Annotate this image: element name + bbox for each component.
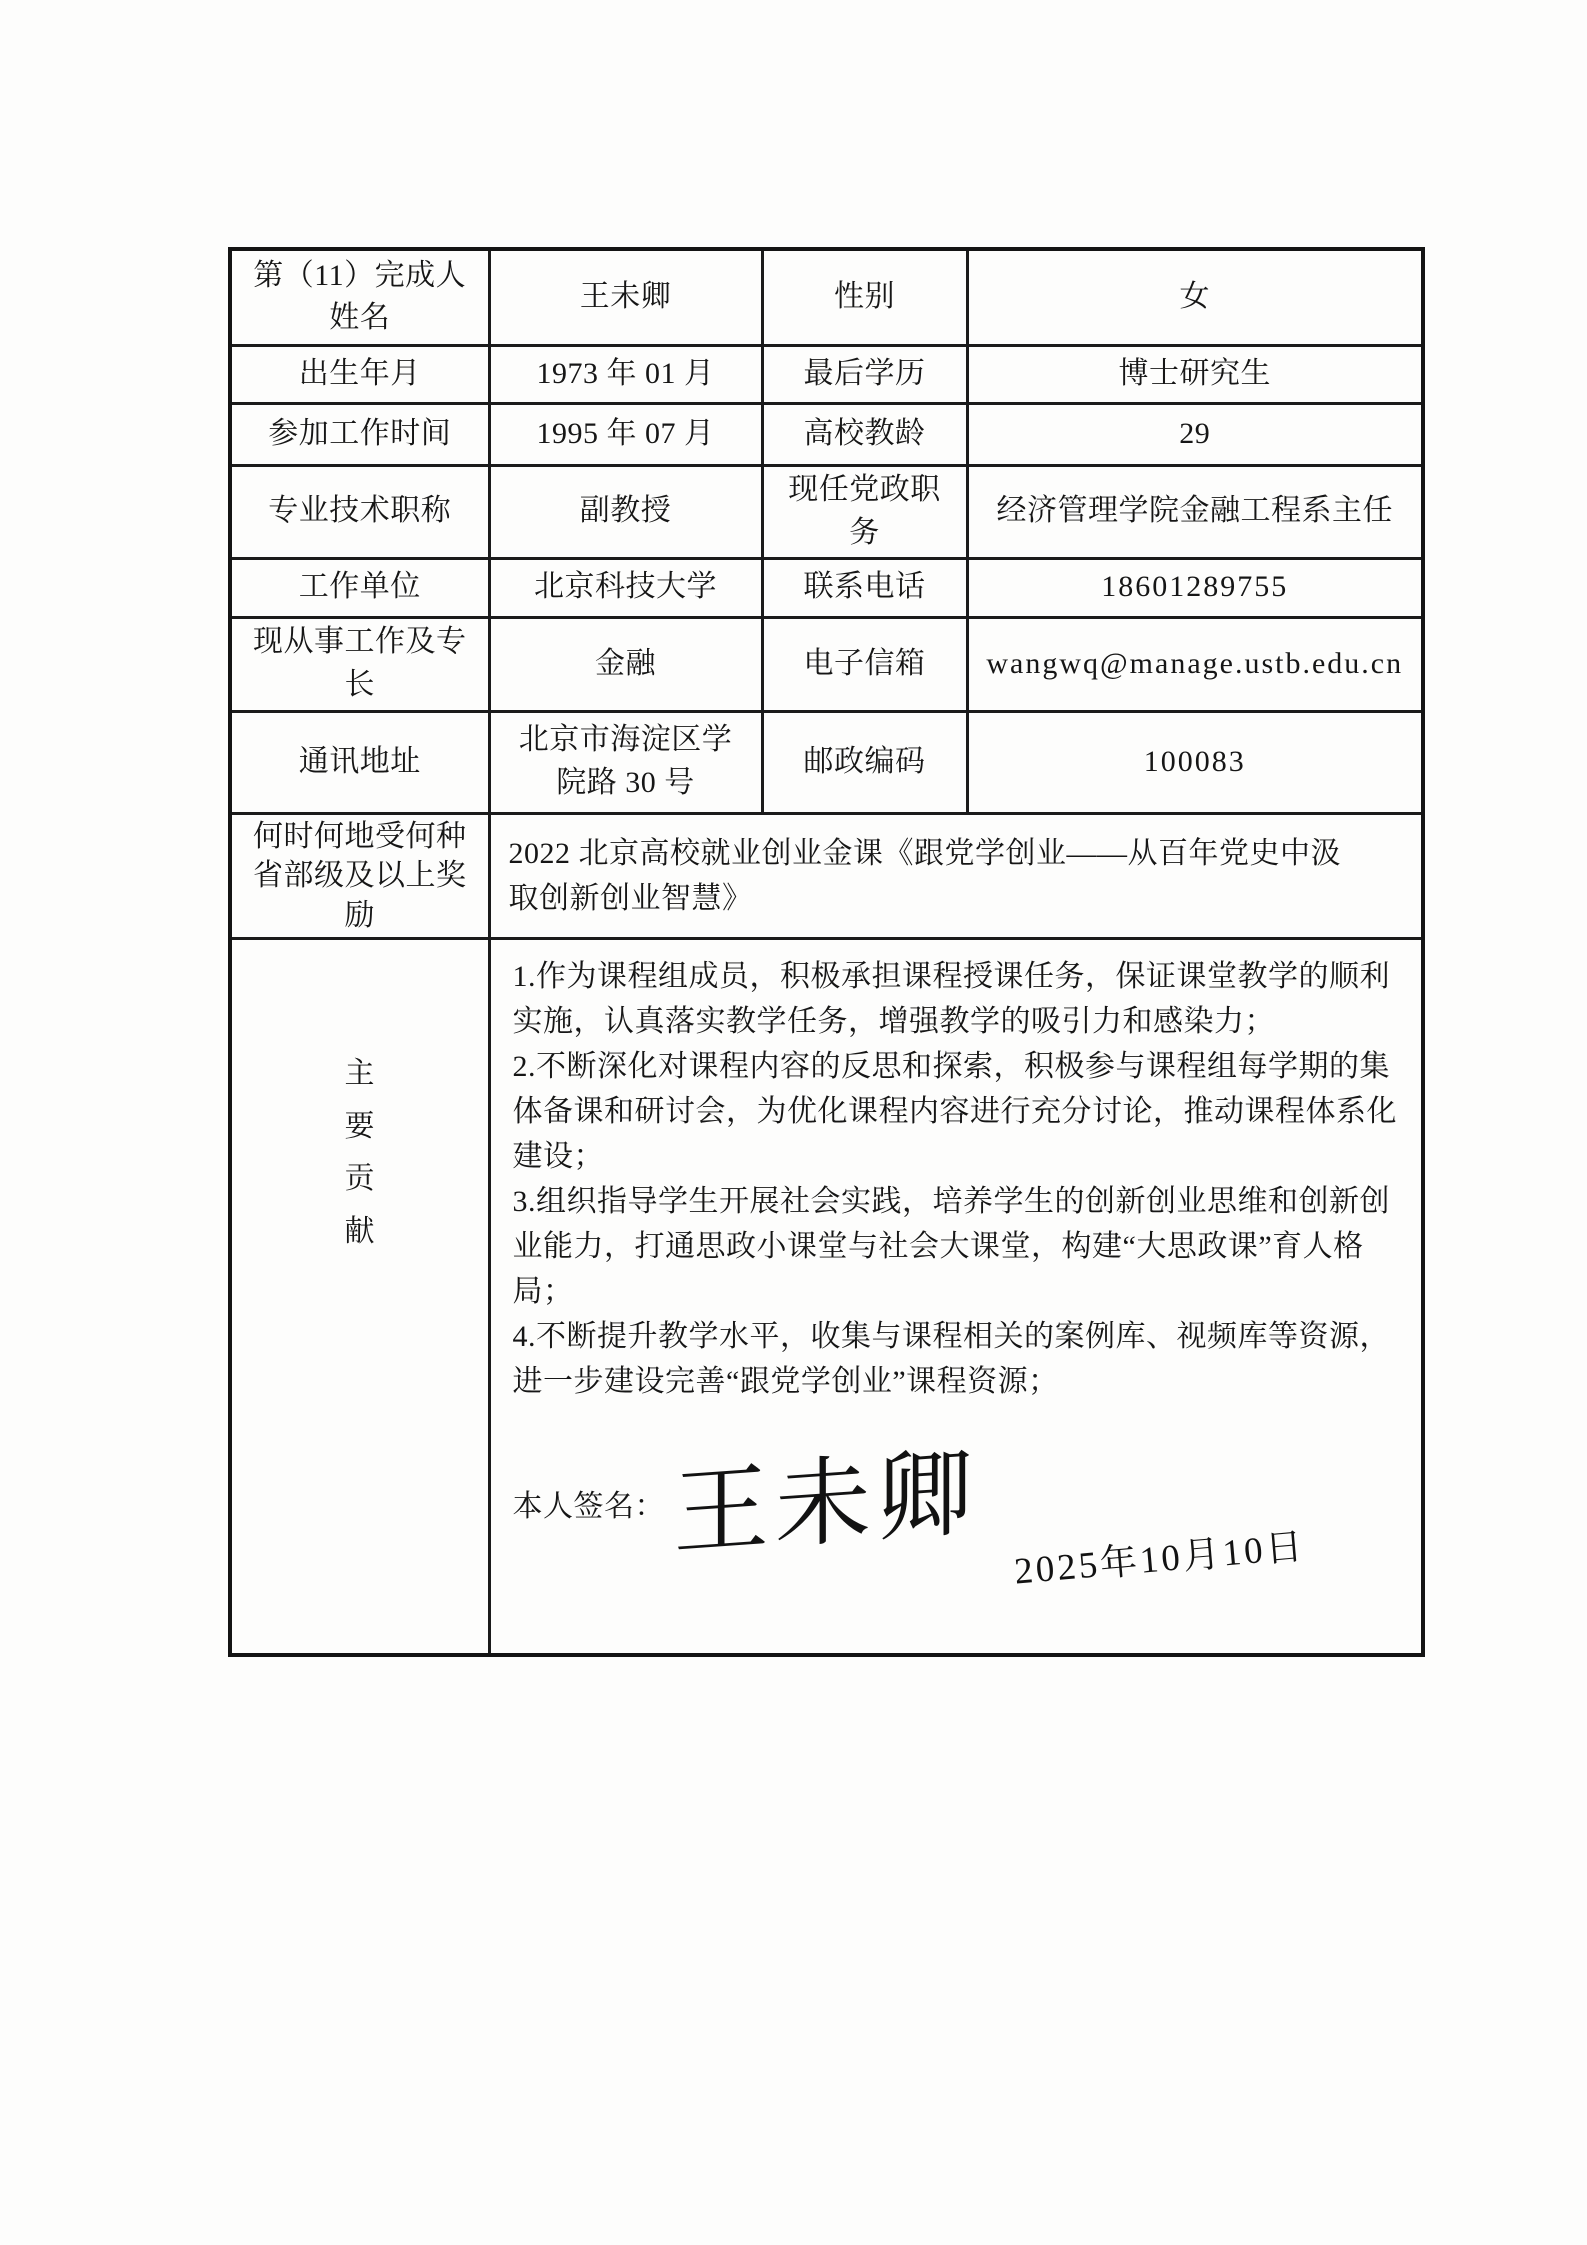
signature-block: 本人签名： 王未卿 2025年10月10日 [513,1456,1402,1587]
value-phone: 18601289755 [967,558,1423,617]
label-employer: 工作单位 [230,558,489,617]
value-party-position: 经济管理学院金融工程系主任 [967,465,1423,558]
value-birth-date: 1973 年 01 月 [489,345,762,403]
label-current-work: 现从事工作及专 长 [230,617,489,711]
row-title-position: 专业技术职称 副教授 现任党政职 务 经济管理学院金融工程系主任 [230,465,1423,558]
label-awards: 何时何地受何种 省部级及以上奖 励 [230,813,489,939]
contribution-item-3: 3.组织指导学生开展社会实践，培养学生的创新创业思维和创新创业能力，打通思政小课… [513,1179,1402,1314]
value-postcode: 100083 [967,711,1423,813]
row-specialty-email: 现从事工作及专 长 金融 电子信箱 wangwq@manage.ustb.edu… [230,617,1423,711]
label-party-position: 现任党政职 务 [762,465,967,558]
row-main-contribution: 主 要 贡 献 1.作为课程组成员，积极承担课程授课任务，保证课堂教学的顺利实施… [230,939,1423,1655]
label-main-contribution: 主 要 贡 献 [230,939,489,1655]
label-completer-name: 第（11）完成人 姓名 [230,249,489,345]
value-main-contribution: 1.作为课程组成员，积极承担课程授课任务，保证课堂教学的顺利实施，认真落实教学任… [489,939,1423,1655]
row-workstart-teachingage: 参加工作时间 1995 年 07 月 高校教龄 29 [230,403,1423,465]
label-work-start: 参加工作时间 [230,403,489,465]
label-gender: 性别 [762,249,967,345]
row-employer-phone: 工作单位 北京科技大学 联系电话 18601289755 [230,558,1423,617]
value-professional-title: 副教授 [489,465,762,558]
personnel-form-table: 第（11）完成人 姓名 王未卿 性别 女 出生年月 1973 年 01 月 最后… [228,247,1425,1657]
value-completer-name: 王未卿 [489,249,762,345]
value-work-start: 1995 年 07 月 [489,403,762,465]
value-mailing-address: 北京市海淀区学 院路 30 号 [489,711,762,813]
row-awards: 何时何地受何种 省部级及以上奖 励 2022 北京高校就业创业金课《跟党学创业—… [230,813,1423,939]
value-awards: 2022 北京高校就业创业金课《跟党学创业——从百年党史中汲 取创新创业智慧》 [489,813,1423,939]
value-current-work: 金融 [489,617,762,711]
signature-date-handwriting: 2025年10月10日 [1012,1522,1307,1600]
value-teaching-age: 29 [967,403,1423,465]
label-birth-date: 出生年月 [230,345,489,403]
label-postcode: 邮政编码 [762,711,967,813]
label-professional-title: 专业技术职称 [230,465,489,558]
value-employer: 北京科技大学 [489,558,762,617]
value-gender: 女 [967,249,1423,345]
signature-handwriting: 王未卿 [673,1445,978,1563]
scanned-page: 第（11）完成人 姓名 王未卿 性别 女 出生年月 1973 年 01 月 最后… [0,0,1587,2245]
label-highest-education: 最后学历 [762,345,967,403]
label-email: 电子信箱 [762,617,967,711]
row-address-postcode: 通讯地址 北京市海淀区学 院路 30 号 邮政编码 100083 [230,711,1423,813]
signature-label: 本人签名： [513,1456,666,1529]
contribution-item-4: 4.不断提升教学水平，收集与课程相关的案例库、视频库等资源，进一步建设完善“跟党… [513,1314,1402,1404]
row-name-gender: 第（11）完成人 姓名 王未卿 性别 女 [230,249,1423,345]
label-mailing-address: 通讯地址 [230,711,489,813]
row-birth-education: 出生年月 1973 年 01 月 最后学历 博士研究生 [230,345,1423,403]
contribution-item-1: 1.作为课程组成员，积极承担课程授课任务，保证课堂教学的顺利实施，认真落实教学任… [513,954,1402,1044]
value-email: wangwq@manage.ustb.edu.cn [967,617,1423,711]
label-teaching-age: 高校教龄 [762,403,967,465]
contribution-paragraphs: 1.作为课程组成员，积极承担课程授课任务，保证课堂教学的顺利实施，认真落实教学任… [513,954,1402,1404]
value-highest-education: 博士研究生 [967,345,1423,403]
label-phone: 联系电话 [762,558,967,617]
contribution-item-2: 2.不断深化对课程内容的反思和探索，积极参与课程组每学期的集体备课和研讨会，为优… [513,1044,1402,1179]
